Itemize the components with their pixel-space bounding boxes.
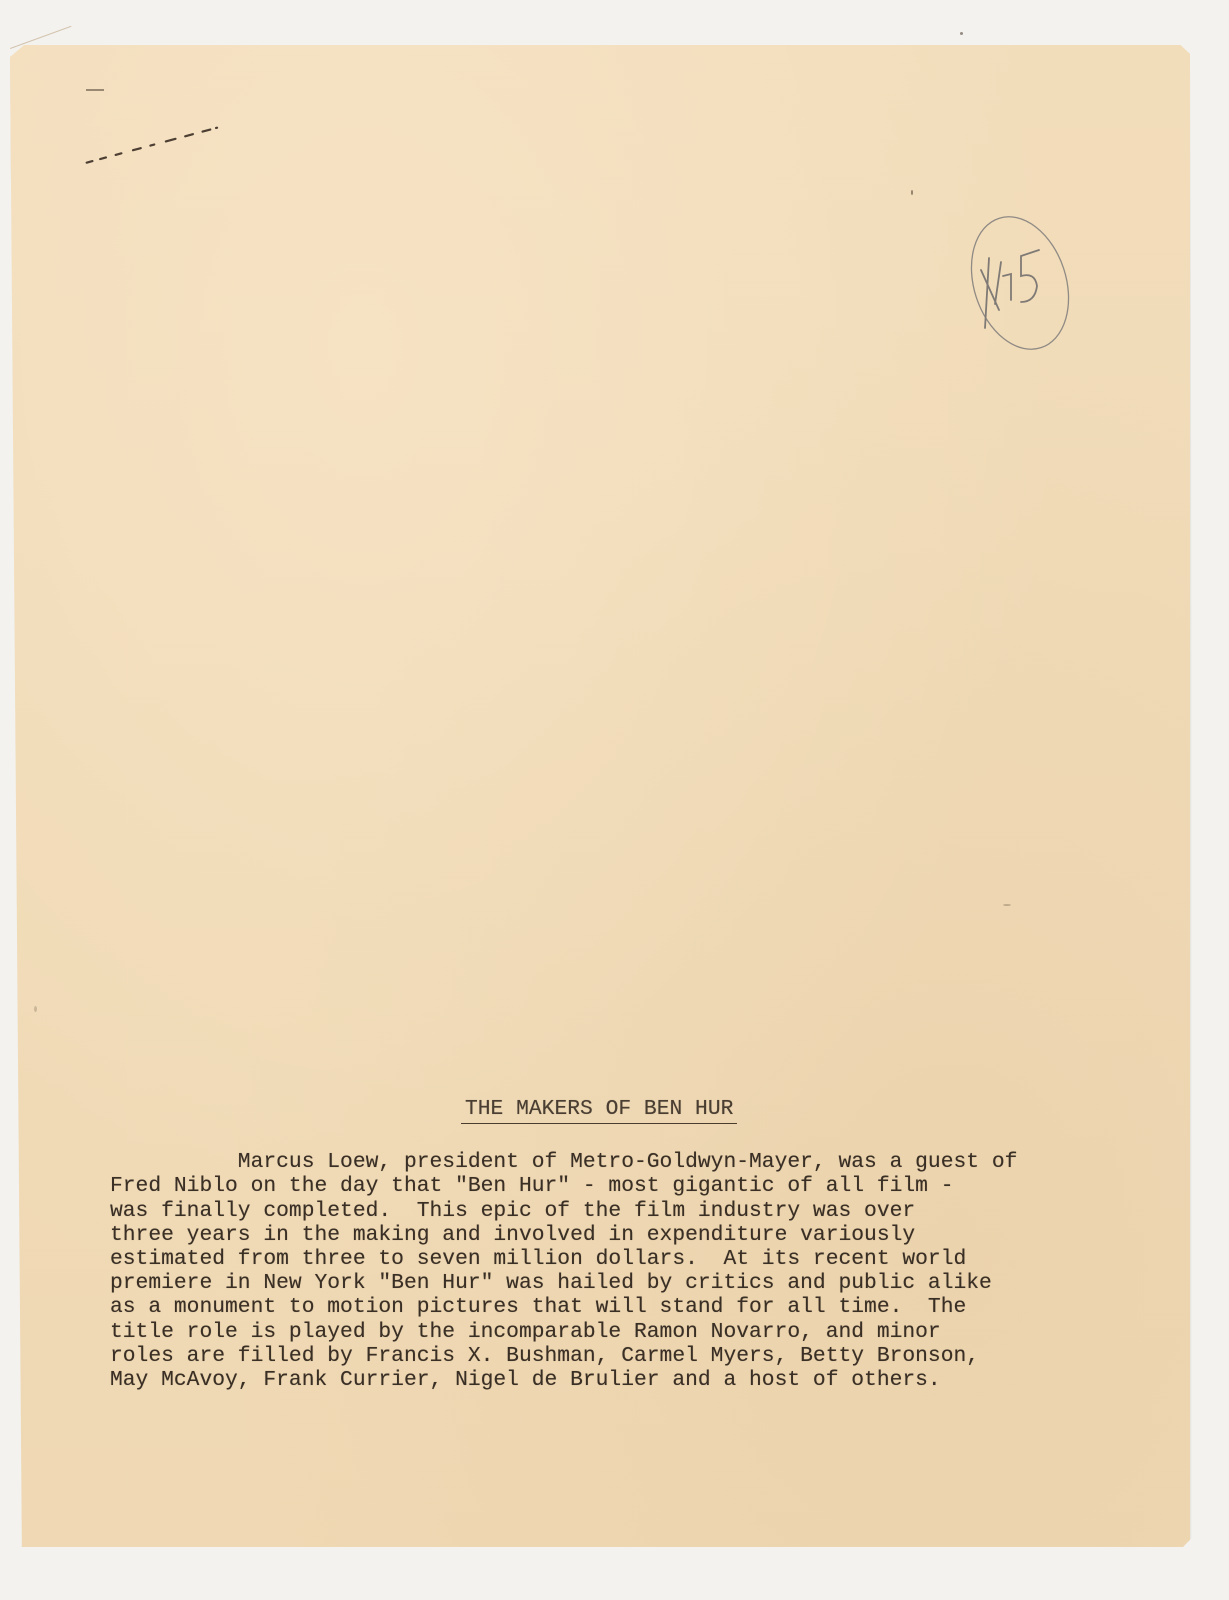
paragraph-line: was finally completed. This epic of the … — [110, 1199, 915, 1223]
paragraph-line: title role is played by the incomparable… — [110, 1320, 941, 1344]
paragraph-line: roles are filled by Francis X. Bushman, … — [110, 1344, 979, 1368]
ink-speck — [911, 190, 913, 195]
paragraph-line: May McAvoy, Frank Currier, Nigel de Brul… — [110, 1368, 941, 1392]
stray-pen-mark — [86, 89, 104, 91]
scanned-document-page: X45 THE MAKERS OF BEN HUR Marcus Loew, p… — [0, 0, 1229, 1600]
paragraph-line: Marcus Loew, president of Metro-Goldwyn-… — [110, 1150, 1017, 1174]
paragraph-line: premiere in New York "Ben Hur" was haile… — [110, 1271, 992, 1295]
paragraph-line: three years in the making and involved i… — [110, 1223, 915, 1247]
document-title: THE MAKERS OF BEN HUR — [461, 1097, 737, 1124]
ink-speck — [960, 32, 963, 35]
paragraph-line: as a monument to motion pictures that wi… — [110, 1295, 966, 1319]
paragraph-line: estimated from three to seven million do… — [110, 1247, 966, 1271]
ink-speck — [34, 1006, 37, 1012]
annotation-text: X45 — [965, 210, 966, 211]
paragraph-line: Fred Niblo on the day that "Ben Hur" - m… — [110, 1174, 954, 1198]
ink-speck — [1003, 904, 1011, 906]
pencil-circled-annotation: X45 — [965, 210, 1075, 355]
